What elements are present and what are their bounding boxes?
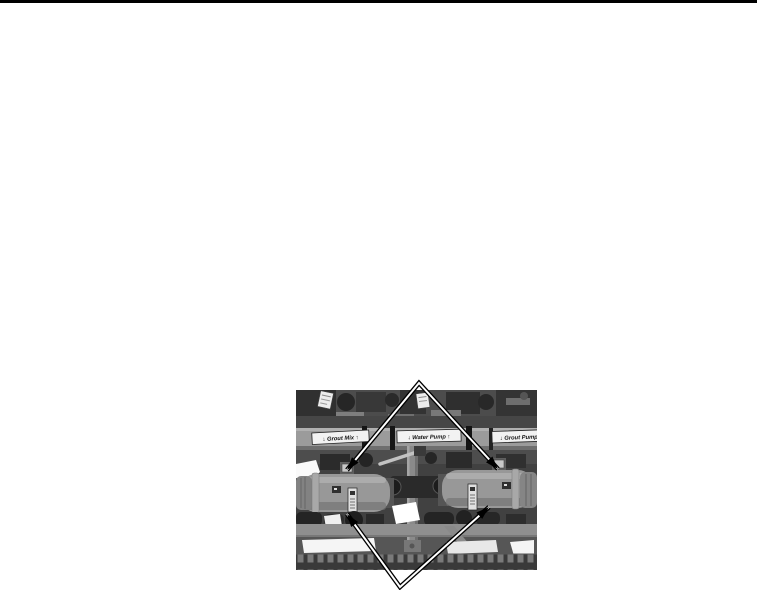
right-pump-spec-sticker <box>468 484 477 510</box>
left-pump-spec-sticker <box>348 488 357 512</box>
equipment-photo: ↓ Grout Mix ↑ ↓ Water Pump ↑ ↓ Grout Pum… <box>296 390 537 570</box>
tread-strip <box>296 554 537 570</box>
rail-label-grout-pump: ↓ Grout Pump ↑ <box>492 429 537 443</box>
top-rule <box>0 0 757 3</box>
rail-label-water-pump: ↓ Water Pump ↑ <box>397 429 461 443</box>
rail-label-water-pump-text: ↓ Water Pump ↑ <box>408 434 451 441</box>
document-page: ↓ Grout Mix ↑ ↓ Water Pump ↑ ↓ Grout Pum… <box>0 0 757 590</box>
equipment-photo-svg: ↓ Grout Mix ↑ ↓ Water Pump ↑ ↓ Grout Pum… <box>296 390 537 570</box>
rail-label-grout-pump-text: ↓ Grout Pump ↑ <box>500 434 537 441</box>
machinery-top-band <box>296 390 537 428</box>
small-white-tag-center <box>416 392 430 409</box>
rail-label-grout-mix: ↓ Grout Mix ↑ <box>312 430 370 444</box>
